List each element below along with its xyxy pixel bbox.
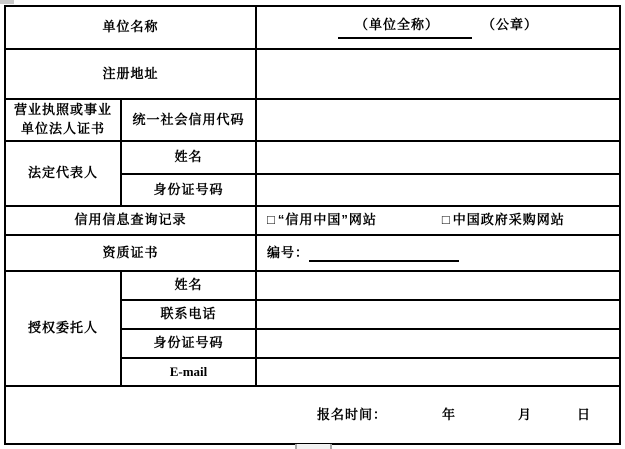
day-value-blank[interactable]	[532, 406, 577, 419]
certificate-number-blank[interactable]	[309, 246, 459, 262]
certificate-number-prefix: 编号：	[267, 245, 309, 260]
year-unit-label: 年	[442, 407, 456, 422]
row-unit-name: 单位名称 （单位全称）（公章）	[5, 6, 620, 49]
agent-name-value-cell[interactable]	[256, 271, 620, 300]
registration-date-label: 报名时间：	[317, 407, 387, 422]
unit-name-label: 单位名称	[5, 6, 256, 49]
credit-option-gov-procurement[interactable]: □中国政府采购网站	[442, 212, 565, 227]
registration-date-cell: 报名时间：年月日	[5, 386, 620, 444]
table-resize-handle	[295, 444, 332, 449]
official-seal-note: （公章）	[482, 17, 538, 32]
credit-option-label: 中国政府采购网站	[453, 212, 565, 227]
certificate-number-cell: 编号：	[256, 235, 620, 271]
legal-rep-name-value-cell[interactable]	[256, 141, 620, 174]
month-value-blank[interactable]	[456, 406, 518, 419]
business-license-label: 营业执照或事业单位法人证书	[5, 99, 121, 141]
checkbox-icon[interactable]: □	[442, 211, 451, 230]
registered-address-value-cell[interactable]	[256, 49, 620, 99]
agent-email-value-cell[interactable]	[256, 358, 620, 386]
registration-form-table: 单位名称 （单位全称）（公章） 注册地址 营业执照或事业单位法人证书 统一社会信…	[4, 5, 621, 445]
row-registration-date: 报名时间：年月日	[5, 386, 620, 444]
legal-representative-label: 法定代表人	[5, 141, 121, 206]
unit-full-name-blank[interactable]: （单位全称）	[338, 16, 472, 39]
agent-id-value-cell[interactable]	[256, 329, 620, 358]
unit-name-value-cell[interactable]: （单位全称）（公章）	[256, 6, 620, 49]
credit-record-options-cell: □“信用中国”网站□中国政府采购网站	[256, 206, 620, 235]
credit-record-label: 信用信息查询记录	[5, 206, 256, 235]
authorized-agent-label: 授权委托人	[5, 271, 121, 386]
legal-rep-id-value-cell[interactable]	[256, 174, 620, 206]
agent-id-label: 身份证号码	[121, 329, 256, 358]
agent-email-label: E-mail	[121, 358, 256, 386]
row-qualification-certificate: 资质证书 编号：	[5, 235, 620, 271]
legal-rep-id-label: 身份证号码	[121, 174, 256, 206]
day-unit-label: 日	[577, 407, 591, 422]
row-agent-name: 授权委托人 姓名	[5, 271, 620, 300]
checkbox-icon[interactable]: □	[267, 211, 276, 230]
legal-rep-name-label: 姓名	[121, 141, 256, 174]
agent-phone-value-cell[interactable]	[256, 300, 620, 329]
page-edge-artifact	[0, 0, 14, 4]
row-credit-record: 信用信息查询记录 □“信用中国”网站□中国政府采购网站	[5, 206, 620, 235]
agent-name-label: 姓名	[121, 271, 256, 300]
qualification-certificate-label: 资质证书	[5, 235, 256, 271]
registered-address-label: 注册地址	[5, 49, 256, 99]
credit-option-label: “信用中国”网站	[278, 212, 377, 227]
agent-phone-label: 联系电话	[121, 300, 256, 329]
registration-form-page: 单位名称 （单位全称）（公章） 注册地址 营业执照或事业单位法人证书 统一社会信…	[0, 0, 625, 449]
row-business-license: 营业执照或事业单位法人证书 统一社会信用代码	[5, 99, 620, 141]
row-registered-address: 注册地址	[5, 49, 620, 99]
credit-code-label: 统一社会信用代码	[121, 99, 256, 141]
year-value-blank[interactable]	[387, 406, 442, 419]
credit-option-xinyong-zhongguo[interactable]: □“信用中国”网站	[267, 212, 377, 227]
credit-code-value-cell[interactable]	[256, 99, 620, 141]
row-legal-rep-name: 法定代表人 姓名	[5, 141, 620, 174]
month-unit-label: 月	[518, 407, 532, 422]
